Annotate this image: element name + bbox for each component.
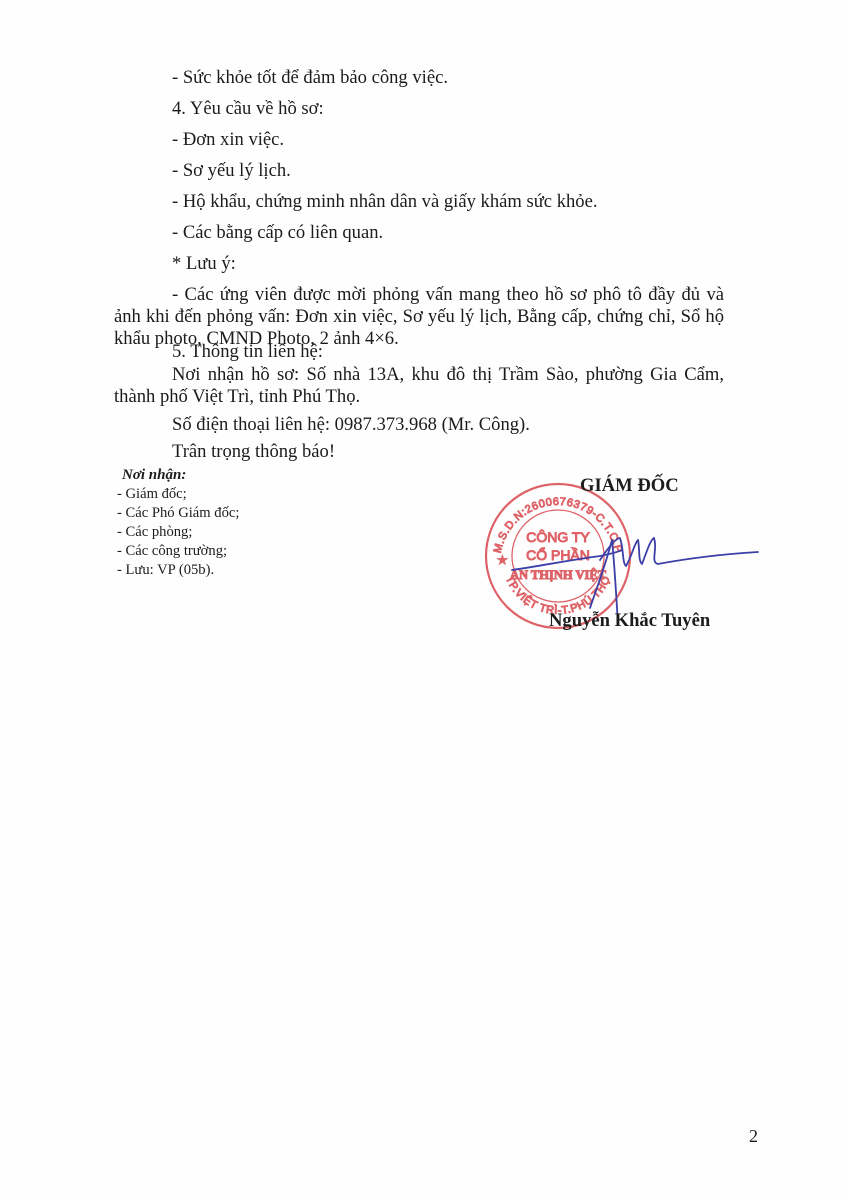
recipient-item: - Các phòng; [117,523,239,542]
address-line: thành phố Việt Trì, tỉnh Phú Thọ. [114,386,724,408]
section4-heading: 4. Yêu cầu về hồ sơ: [172,98,324,120]
address-line: Nơi nhận hồ sơ: Số nhà 13A, khu đô thị T… [172,364,724,386]
requirement-health: - Sức khỏe tốt để đảm bảo công việc. [172,67,448,89]
closing-text: Trân trọng thông báo! [172,441,335,463]
signatory-name: Nguyễn Khắc Tuyên [549,610,710,632]
page-number: 2 [749,1126,758,1147]
note-paragraph-line: - Các ứng viên được mời phỏng vấn mang t… [172,284,724,306]
section4-item: - Đơn xin việc. [172,129,284,151]
section4-item: - Các bằng cấp có liên quan. [172,222,383,244]
recipients-title: Nơi nhận: [117,466,239,485]
signature-title: GIÁM ĐỐC [580,475,679,497]
note-paragraph-line: ảnh khi đến phỏng vấn: Đơn xin việc, Sơ … [114,306,724,328]
section4-item: - Hộ khẩu, chứng minh nhân dân và giấy k… [172,191,598,213]
section5-heading: 5. Thông tin liên hệ: [172,341,323,363]
section4-item: - Sơ yếu lý lịch. [172,160,291,182]
recipient-item: - Lưu: VP (05b). [117,561,239,580]
recipient-item: - Các công trường; [117,542,239,561]
recipient-item: - Các Phó Giám đốc; [117,504,239,523]
recipient-item: - Giám đốc; [117,485,239,504]
recipients-block: Nơi nhận: - Giám đốc; - Các Phó Giám đốc… [117,466,239,580]
document-page: - Sức khỏe tốt để đảm bảo công việc. 4. … [0,0,849,1200]
contact-phone: Số điện thoại liên hệ: 0987.373.968 (Mr.… [172,414,530,436]
note-heading: * Lưu ý: [172,253,236,275]
